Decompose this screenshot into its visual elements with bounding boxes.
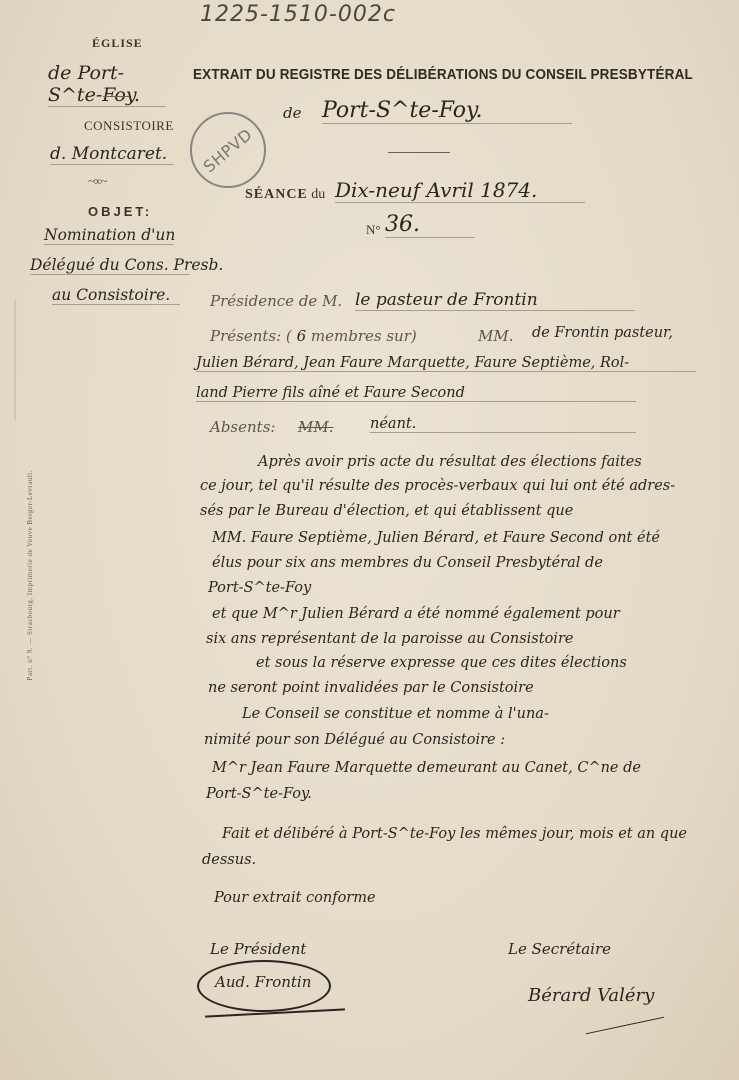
president-signature: Aud. Frontin [215,973,311,991]
parish-value: Port-S^te-Foy. [322,98,572,124]
parish-prefix: de [283,104,301,122]
body-line: Fait et délibéré à Port-S^te-Foy les mêm… [222,826,687,842]
body-line: ne seront point invalidées par le Consis… [208,680,534,696]
president-label: Le Président [210,940,306,958]
presents-count: 6 [297,327,307,345]
fleuron-ornament: ~∞~ [88,174,107,189]
objet-label: OBJET: [88,204,152,219]
secretary-signature: Bérard Valéry [528,985,654,1006]
signature-paraph [586,1017,664,1035]
seance-label: SÉANCE du [245,187,325,203]
body-line: M^r Jean Faure Marquette demeurant au Ca… [212,760,641,776]
seance-word: SÉANCE [245,187,308,202]
presents-open: Présents: ( [210,327,292,345]
numero-value: 36. [385,212,475,238]
body-line: MM. Faure Septième, Julien Bérard, et Fa… [212,530,660,546]
presents-line: Julien Bérard, Jean Faure Marquette, Fau… [196,355,696,372]
body-line: Pour extrait conforme [214,890,376,906]
divider [388,152,450,153]
eglise-value: de Port-S^te-Foy. [48,62,166,107]
body-line: six ans représentant de la paroisse au C… [206,631,573,647]
eglise-label: ÉGLISE [92,36,143,51]
body-line: dessus. [202,852,256,868]
body-line: Port-S^te-Foy. [206,786,312,802]
body-line: ce jour, tel qu'il résulte des procès-ve… [200,478,675,494]
body-line: sés par le Bureau d'élection, et qui éta… [200,503,573,519]
printer-imprint: Part. n° 9. — Strasbourg, Imprimerie de … [26,470,34,681]
secretary-label: Le Secrétaire [508,940,611,958]
seance-du: du [311,187,325,202]
body-line: Après avoir pris acte du résultat des él… [258,454,642,470]
objet-line: au Consistoire. [52,286,180,305]
document-title: EXTRAIT DU REGISTRE DES DÉLIBÉRATIONS DU… [193,67,693,83]
absents-label: Absents: [210,418,275,436]
mm-label: MM. [478,327,514,345]
stamp-text: SHPVD [200,124,256,176]
presidence-value: le pasteur de Frontin [355,290,635,311]
absents-struck: MM. [298,418,334,436]
body-line: Le Conseil se constitue et nomme à l'una… [242,706,549,722]
fold-mark [14,300,16,420]
consistoire-value: d. Montcaret. [50,144,174,165]
presents-line: land Pierre fils aîné et Faure Second [196,385,636,402]
body-line: élus pour six ans membres du Conseil Pre… [212,555,603,571]
divider [103,96,129,97]
presents-line: de Frontin pasteur, [532,325,673,341]
presents-membres: membres sur [311,327,411,345]
body-line: et que M^r Julien Bérard a été nommé éga… [212,606,620,622]
objet-line: Délégué du Cons. Presb. [30,256,190,275]
presidence-label: Présidence de M. [210,292,342,310]
presents-label: Présents: ( 6 membres sur) [210,327,417,345]
presents-close: ) [411,327,417,345]
seance-date: Dix-neuf Avril 1874. [335,178,585,203]
absents-value: néant. [370,416,636,433]
body-line: Port-S^te-Foy [208,580,311,596]
archive-reference: 1225-1510-002c [200,2,396,27]
numero-label: N° [366,222,381,238]
shpvd-stamp: SHPVD [190,112,266,188]
objet-line: Nomination d'un [44,226,174,245]
body-line: et sous la réserve expresse que ces dite… [256,655,627,671]
body-line: nimité pour son Délégué au Consistoire : [204,732,505,748]
consistoire-label: CONSISTOIRE [84,118,174,134]
